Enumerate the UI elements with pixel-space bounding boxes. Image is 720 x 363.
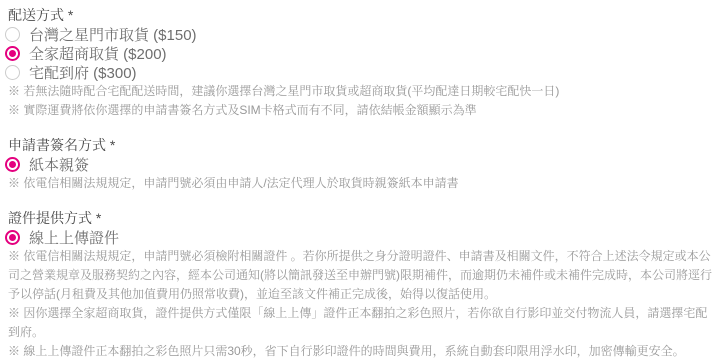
delivery-method-label: 配送方式 * bbox=[8, 6, 712, 25]
radio-checked-icon[interactable] bbox=[5, 46, 20, 61]
radio-unchecked-icon[interactable] bbox=[5, 65, 20, 80]
order-options-form: 配送方式 * 台灣之星門市取貨 ($150) 全家超商取貨 ($200) 宅配到… bbox=[0, 0, 720, 361]
radio-option-label: 紙本親簽 bbox=[29, 154, 89, 175]
radio-option-online-upload-id[interactable]: 線上上傳證件 bbox=[5, 228, 712, 247]
delivery-note-timing: ※ 若無法隨時配合宅配配送時間，建議你選擇台灣之星門市取貨或超商取貨(平均配達日… bbox=[8, 82, 712, 101]
radio-unchecked-icon[interactable] bbox=[5, 27, 20, 42]
radio-option-paper-signature[interactable]: 紙本親簽 bbox=[5, 155, 712, 174]
radio-checked-icon[interactable] bbox=[5, 230, 20, 245]
document-method-section: 證件提供方式 * 線上上傳證件 ※ 依電信相關法規規定，申請門號必須檢附相關證件… bbox=[8, 209, 712, 361]
radio-option-label: 全家超商取貨 ($200) bbox=[29, 43, 167, 64]
document-method-label: 證件提供方式 * bbox=[8, 209, 712, 228]
radio-option-label: 台灣之星門市取貨 ($150) bbox=[29, 24, 197, 45]
radio-option-familymart-pickup[interactable]: 全家超商取貨 ($200) bbox=[5, 44, 712, 63]
signature-method-section: 申請書簽名方式 * 紙本親簽 ※ 依電信相關法規規定，申請門號必須由申請人/法定… bbox=[8, 136, 712, 193]
delivery-method-section: 配送方式 * 台灣之星門市取貨 ($150) 全家超商取貨 ($200) 宅配到… bbox=[8, 6, 712, 120]
radio-option-taiwan-star-store-pickup[interactable]: 台灣之星門市取貨 ($150) bbox=[5, 25, 712, 44]
radio-option-home-delivery[interactable]: 宅配到府 ($300) bbox=[5, 63, 712, 82]
radio-option-label: 宅配到府 ($300) bbox=[29, 62, 137, 83]
document-note-regulation: ※ 依電信相關法規規定，申請門號必須檢附相關證件 。若你所提供之身分證明證件、申… bbox=[8, 247, 712, 304]
document-note-upload-benefit: ※ 線上上傳證件正本翻拍之彩色照片只需30秒，省下自行影印證件的時間與費用，系統… bbox=[8, 342, 712, 361]
signature-method-label: 申請書簽名方式 * bbox=[8, 136, 712, 155]
signature-note-regulation: ※ 依電信相關法規規定，申請門號必須由申請人/法定代理人於取貨時親簽紙本申請書 bbox=[8, 174, 712, 193]
radio-option-label: 線上上傳證件 bbox=[29, 227, 119, 248]
delivery-note-shipping-fee: ※ 實際運費將依你選擇的申請書簽名方式及SIM卡格式而有不同，請依結帳金額顯示為… bbox=[8, 101, 712, 120]
document-note-upload-only: ※ 因你選擇全家超商取貨，證件提供方式僅限「線上上傳」證件正本翻拍之彩色照片，若… bbox=[8, 304, 712, 342]
radio-checked-icon[interactable] bbox=[5, 157, 20, 172]
